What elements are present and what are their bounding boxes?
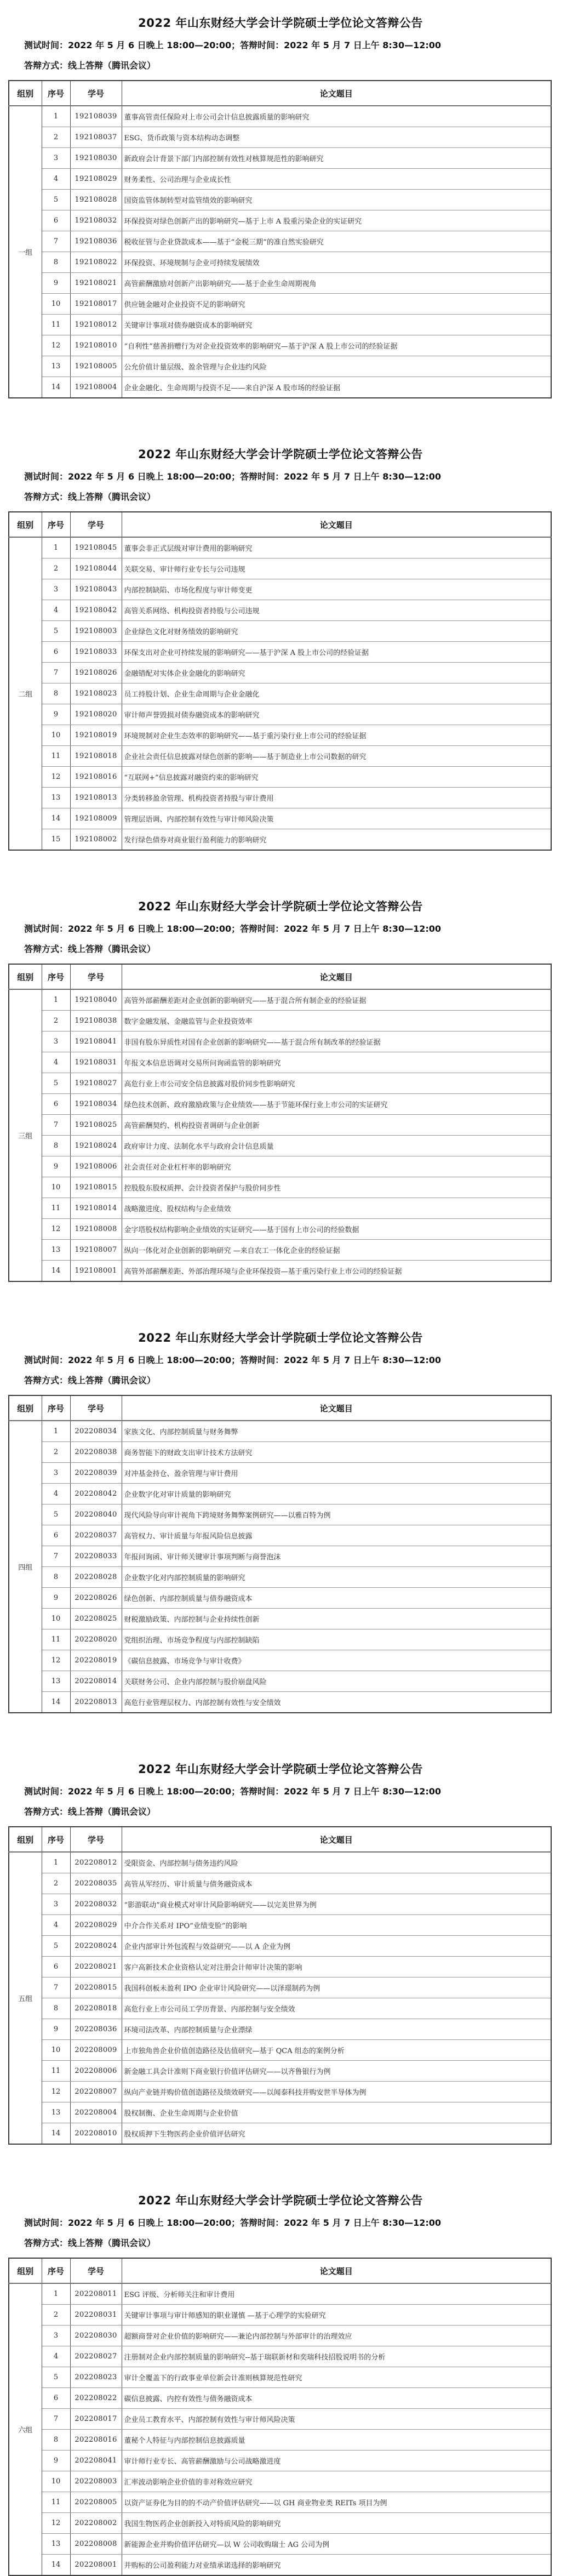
thesis-title-cell: 企业数字化对审计质量的影响研究 xyxy=(122,1484,551,1504)
row-number-cell: 9 xyxy=(42,2019,70,2040)
thesis-title-cell: 审计师声誉毁损对债券融资成本的影响研究 xyxy=(122,704,551,725)
table-row: 9202208041审计师行业专长、高管薪酬激励与公司战略激进度 xyxy=(9,2450,551,2471)
row-number-cell: 8 xyxy=(42,1998,70,2019)
student-id-cell: 202208036 xyxy=(70,2019,122,2040)
row-number-cell: 3 xyxy=(42,1031,70,1052)
student-id-cell: 192108018 xyxy=(70,746,122,767)
table-row: 11202208006新金融工具会计准则下商业银行价值评估研究——以齐鲁银行为例 xyxy=(9,2061,551,2082)
student-id-cell: 202208002 xyxy=(70,2513,122,2534)
student-id-cell: 202208022 xyxy=(70,2388,122,2409)
student-id-cell: 202208040 xyxy=(70,1504,122,1525)
thesis-title-cell: 员工持股计划、企业生命周期与企业金融化 xyxy=(122,683,551,704)
row-number-cell: 8 xyxy=(42,1136,70,1156)
row-number-cell: 11 xyxy=(42,2061,70,2082)
table-row: 3202208039对冲基金持仓、盈余管理与审计费用 xyxy=(9,1463,551,1484)
table-row: 11192108014战略激进度、股权结构与企业绩效 xyxy=(9,1198,551,1219)
row-number-cell: 8 xyxy=(42,1567,70,1588)
thesis-title-cell: 审计师行业专长、高管薪酬激励与公司战略激进度 xyxy=(122,2450,551,2471)
student-id-cell: 202208019 xyxy=(70,1650,122,1671)
table-row: 14192108009管理层语调、内部控制有效性与审计师风险决策 xyxy=(9,808,551,829)
thesis-title-cell: 发行绿色债券对商业银行盈利能力的影响研究 xyxy=(122,829,551,851)
thesis-title-cell: 高管薪酬激励对创新产出影响研究——基于企业生命周期视角 xyxy=(122,273,551,294)
row-number-cell: 4 xyxy=(42,2346,70,2367)
thesis-title-cell: 内部控制缺陷、市场化程度与审计师变更 xyxy=(122,579,551,600)
student-id-cell: 202208012 xyxy=(70,1852,122,1873)
student-id-cell: 202208035 xyxy=(70,1873,122,1894)
table-header: 组别序号学号论文题目 xyxy=(9,2258,551,2283)
thesis-title-cell: 关键审计事项对债券融资成本的影响研究 xyxy=(122,315,551,335)
thesis-title-cell: 高管关系网络、机构投资者持股与公司违规 xyxy=(122,600,551,621)
thesis-title-cell: 企业社会责任信息披露对绿色创新的影响——基于制造业上市公司数据的研究 xyxy=(122,746,551,767)
thesis-title-cell: 企业绿色文化对财务绩效的影响研究 xyxy=(122,621,551,642)
col-header-group: 组别 xyxy=(9,81,42,106)
thesis-title-cell: 董秘个人特征与内部控制信息披露质量 xyxy=(122,2430,551,2450)
student-id-cell: 202208006 xyxy=(70,2061,122,2082)
col-header-no: 序号 xyxy=(42,2258,70,2283)
row-number-cell: 8 xyxy=(42,683,70,704)
thesis-title-cell: 非国有股东异质性对国有企业创新的影响研究——基于混合所有制改革的经验证据 xyxy=(122,1031,551,1052)
defense-schedule-table: 组别序号学号论文题目五组1202208012受限资金、内部控制与债务违约风险22… xyxy=(8,1826,552,2145)
page-title: 2022 年山东财经大学会计学院硕士学位论文答辩公告 xyxy=(0,14,561,31)
student-id-cell: 192108001 xyxy=(70,1261,122,1282)
thesis-title-cell: 管理层语调、内部控制有效性与审计师风险决策 xyxy=(122,808,551,829)
col-header-group: 组别 xyxy=(9,1827,42,1852)
row-number-cell: 2 xyxy=(42,558,70,579)
student-id-cell: 192108023 xyxy=(70,683,122,704)
student-id-cell: 192108021 xyxy=(70,273,122,294)
table-row: 4202208042企业数字化对审计质量的影响研究 xyxy=(9,1484,551,1504)
student-id-cell: 192108036 xyxy=(70,231,122,252)
table-row: 7192108036税收征管与企业贷款成本——基于“金税三期”的准自然实验研究 xyxy=(9,231,551,252)
thesis-title-cell: “影游联动”商业模式对审计风险影响研究——以完美世界为例 xyxy=(122,1894,551,1915)
row-number-cell: 4 xyxy=(42,1915,70,1936)
row-number-cell: 2 xyxy=(42,127,70,148)
thesis-title-cell: 环保投资、环境规制与企业可持续发展绩效 xyxy=(122,252,551,273)
defense-schedule-table: 组别序号学号论文题目一组1192108039董事高管责任保险对上市公司会计信息披… xyxy=(8,80,552,398)
thesis-title-cell: 商务智能下的财政支出审计技术方法研究 xyxy=(122,1442,551,1463)
row-number-cell: 4 xyxy=(42,169,70,190)
table-row: 8202208016董秘个人特征与内部控制信息披露质量 xyxy=(9,2430,551,2450)
header-row: 组别序号学号论文题目 xyxy=(9,2258,551,2283)
student-id-cell: 202208039 xyxy=(70,1463,122,1484)
col-header-no: 序号 xyxy=(42,964,70,989)
row-number-cell: 7 xyxy=(42,1546,70,1567)
thesis-title-cell: 绿色创新、内部控制质量与债券融资成本 xyxy=(122,1588,551,1609)
table-row: 14192108001高管外部薪酬差距、外部治理环境与企业环保投资—基于重污染行… xyxy=(9,1261,551,1282)
row-number-cell: 8 xyxy=(42,252,70,273)
row-number-cell: 5 xyxy=(42,621,70,642)
thesis-title-cell: 董事会非正式层级对审计费用的影响研究 xyxy=(122,537,551,558)
thesis-title-cell: 控股股东股权质押、会计投资者保护与股价同步性 xyxy=(122,1177,551,1198)
group-cell: 二组 xyxy=(9,537,42,850)
col-header-no: 序号 xyxy=(42,512,70,537)
table-row: 11192108018企业社会责任信息披露对绿色创新的影响——基于制造业上市公司… xyxy=(9,746,551,767)
defense-schedule-table: 组别序号学号论文题目三组1192108040高管外部薪酬差距对企业创新的影响研究… xyxy=(8,964,552,1282)
test-time-line: 测试时间：2022 年 5 月 6 日晚上 18:00—20:00；答辩时间：2… xyxy=(24,922,561,934)
student-id-cell: 192108025 xyxy=(70,1115,122,1136)
table-row: 2192108038数字金融发展、金融监管与企业投资效率 xyxy=(9,1011,551,1031)
table-row: 4202208029中介合作关系对 IPO“业绩变脸”的影响 xyxy=(9,1915,551,1936)
row-number-cell: 4 xyxy=(42,600,70,621)
table-body: 三组1192108040高管外部薪酬差距对企业创新的影响研究——基于混合所有制企… xyxy=(9,989,551,1281)
col-header-student-id: 学号 xyxy=(70,1395,122,1421)
defense-method-line: 答辩方式：线上答辩（腾讯会议） xyxy=(24,1805,561,1817)
header-row: 组别序号学号论文题目 xyxy=(9,964,551,989)
table-row: 6202208021客户高新技术企业资格认定对注册会计师审计决策的影响 xyxy=(9,1957,551,1977)
table-row: 8202208018高危行业上市公司员工学历背景、内部控制与安全绩效 xyxy=(9,1998,551,2019)
col-header-thesis-title: 论文题目 xyxy=(122,2258,551,2283)
header-row: 组别序号学号论文题目 xyxy=(9,512,551,537)
announcement-section: 2022 年山东财经大学会计学院硕士学位论文答辩公告测试时间：2022 年 5 … xyxy=(0,851,561,1282)
row-number-cell: 13 xyxy=(42,1671,70,1692)
table-row: 3202208032“影游联动”商业模式对审计风险影响研究——以完美世界为例 xyxy=(9,1894,551,1915)
col-header-no: 序号 xyxy=(42,81,70,106)
student-id-cell: 202208015 xyxy=(70,1977,122,1998)
thesis-title-cell: 税收征管与企业贷款成本——基于“金税三期”的准自然实验研究 xyxy=(122,231,551,252)
header-row: 组别序号学号论文题目 xyxy=(9,1395,551,1421)
student-id-cell: 192108006 xyxy=(70,1156,122,1177)
row-number-cell: 9 xyxy=(42,2450,70,2471)
student-id-cell: 192108042 xyxy=(70,600,122,621)
student-id-cell: 192108002 xyxy=(70,829,122,851)
student-id-cell: 202208034 xyxy=(70,1421,122,1442)
row-number-cell: 2 xyxy=(42,1873,70,1894)
thesis-title-cell: 高危行业上市公司员工学历背景、内部控制与安全绩效 xyxy=(122,1998,551,2019)
thesis-title-cell: 财税激励政策、内部控制与企业持续性创新 xyxy=(122,1609,551,1629)
table-row: 4192108042高管关系网络、机构投资者持股与公司违规 xyxy=(9,600,551,621)
row-number-cell: 1 xyxy=(42,106,70,127)
table-row: 7192108025高管薪酬契约、机构投资者调研与企业创新 xyxy=(9,1115,551,1136)
row-number-cell: 3 xyxy=(42,2326,70,2346)
student-id-cell: 202208018 xyxy=(70,1998,122,2019)
table-row: 9192108006社会责任对企业杠杆率的影响研究 xyxy=(9,1156,551,1177)
student-id-cell: 202208013 xyxy=(70,1692,122,1713)
announcement-section: 2022 年山东财经大学会计学院硕士学位论文答辩公告测试时间：2022 年 5 … xyxy=(0,1282,561,1713)
table-row: 2202208038商务智能下的财政支出审计技术方法研究 xyxy=(9,1442,551,1463)
table-row: 5202208023审计全覆盖下的行政事业单位新会计准则核算规范性研究 xyxy=(9,2367,551,2388)
row-number-cell: 3 xyxy=(42,1894,70,1915)
table-row: 9202208026绿色创新、内部控制质量与债券融资成本 xyxy=(9,1588,551,1609)
table-row: 10202208009上市独角兽企业价值创造路径及估值研究—基于 QCA 组态的… xyxy=(9,2040,551,2061)
student-id-cell: 192108044 xyxy=(70,558,122,579)
row-number-cell: 10 xyxy=(42,725,70,746)
test-time-line: 测试时间：2022 年 5 月 6 日晚上 18:00—20:00；答辩时间：2… xyxy=(24,1785,561,1797)
announcement-section: 2022 年山东财经大学会计学院硕士学位论文答辩公告测试时间：2022 年 5 … xyxy=(0,1713,561,2145)
table-row: 11202208005以资产证券化为目的的不动产价值评估研究——以 GH 商业物… xyxy=(9,2492,551,2513)
table-row: 14192108004企业金融化、生命周期与投资不足——来自沪深 A 股市场的经… xyxy=(9,377,551,398)
table-row: 12202208002我国生物医药企业创新投入对特质风险的影响研究 xyxy=(9,2513,551,2534)
thesis-title-cell: 家族文化、内部控制质量与财务舞弊 xyxy=(122,1421,551,1442)
col-header-no: 序号 xyxy=(42,1395,70,1421)
student-id-cell: 192108029 xyxy=(70,169,122,190)
thesis-title-cell: 高管权力、审计质量与年报风险信息披露 xyxy=(122,1525,551,1546)
row-number-cell: 2 xyxy=(42,1442,70,1463)
student-id-cell: 202208037 xyxy=(70,1525,122,1546)
thesis-title-cell: 受限资金、内部控制与债务违约风险 xyxy=(122,1852,551,1873)
row-number-cell: 9 xyxy=(42,704,70,725)
thesis-title-cell: 审计全覆盖下的行政事业单位新会计准则核算规范性研究 xyxy=(122,2367,551,2388)
thesis-title-cell: 超额商誉对企业价值的影响研究——兼论内部控制与外部审计的治理效应 xyxy=(122,2326,551,2346)
row-number-cell: 1 xyxy=(42,989,70,1011)
student-id-cell: 202208021 xyxy=(70,1957,122,1977)
student-id-cell: 202208038 xyxy=(70,1442,122,1463)
student-id-cell: 192108024 xyxy=(70,1136,122,1156)
row-number-cell: 12 xyxy=(42,1219,70,1240)
page-title: 2022 年山东财经大学会计学院硕士学位论文答辩公告 xyxy=(0,1760,561,1777)
row-number-cell: 14 xyxy=(42,1692,70,1713)
row-number-cell: 5 xyxy=(42,190,70,210)
row-number-cell: 6 xyxy=(42,1094,70,1115)
col-header-student-id: 学号 xyxy=(70,512,122,537)
table-row: 一组1192108039董事高管责任保险对上市公司会计信息披露质量的影响研究 xyxy=(9,106,551,127)
defense-method-line: 答辩方式：线上答辩（腾讯会议） xyxy=(24,59,561,71)
table-header: 组别序号学号论文题目 xyxy=(9,1395,551,1421)
thesis-title-cell: 年报文本信息语调对交易所问询函监管的影响研究 xyxy=(122,1052,551,1073)
student-id-cell: 202208008 xyxy=(70,2534,122,2555)
student-id-cell: 192108040 xyxy=(70,989,122,1011)
table-row: 5192108027高危行业上市公司安全信息披露对股价同步性影响研究 xyxy=(9,1073,551,1094)
row-number-cell: 7 xyxy=(42,2409,70,2430)
thesis-title-cell: 股权质押下生物医药企业价值评估研究 xyxy=(122,2123,551,2145)
table-row: 8192108022环保投资、环境规制与企业可持续发展绩效 xyxy=(9,252,551,273)
row-number-cell: 1 xyxy=(42,537,70,558)
student-id-cell: 192108013 xyxy=(70,788,122,808)
thesis-title-cell: 高管薪酬契约、机构投资者调研与企业创新 xyxy=(122,1115,551,1136)
table-row: 7202208033年报问询函、审计师关键审计事项判断与商誉泡沫 xyxy=(9,1546,551,1567)
student-id-cell: 202208023 xyxy=(70,2367,122,2388)
thesis-title-cell: 环保投资对绿色创新产出的影响研究—基于上市 A 股重污染企业的实证研究 xyxy=(122,210,551,231)
row-number-cell: 11 xyxy=(42,1629,70,1650)
row-number-cell: 6 xyxy=(42,2388,70,2409)
student-id-cell: 192108010 xyxy=(70,335,122,356)
row-number-cell: 6 xyxy=(42,642,70,663)
thesis-title-cell: 绿色技术创新、政府激励政策与企业绩效——基于节能环保行业上市公司的实证研究 xyxy=(122,1094,551,1115)
defense-schedule-table: 组别序号学号论文题目六组1202208011ESG 评级、分析师关注和审计费用2… xyxy=(8,2258,552,2576)
group-cell: 三组 xyxy=(9,989,42,1281)
student-id-cell: 202208033 xyxy=(70,1546,122,1567)
table-header: 组别序号学号论文题目 xyxy=(9,964,551,989)
row-number-cell: 7 xyxy=(42,1977,70,1998)
table-body: 一组1192108039董事高管责任保险对上市公司会计信息披露质量的影响研究21… xyxy=(9,106,551,398)
table-row: 12202208019《碳信息披露、市场竞争与审计收费》 xyxy=(9,1650,551,1671)
table-row: 10192108015控股股东股权质押、会计投资者保护与股价同步性 xyxy=(9,1177,551,1198)
table-row: 7202208017企业员工教育水平、内部控制有效性与审计师风险决策 xyxy=(9,2409,551,2430)
test-time-line: 测试时间：2022 年 5 月 6 日晚上 18:00—20:00；答辩时间：2… xyxy=(24,470,561,482)
thesis-title-cell: 汇率波动影响企业价值的非对称效应研究 xyxy=(122,2471,551,2492)
table-row: 6192108032环保投资对绿色创新产出的影响研究—基于上市 A 股重污染企业… xyxy=(9,210,551,231)
table-row: 四组1202208034家族文化、内部控制质量与财务舞弊 xyxy=(9,1421,551,1442)
row-number-cell: 14 xyxy=(42,2123,70,2145)
thesis-title-cell: 上市独角兽企业价值创造路径及估值研究—基于 QCA 组态的案例分析 xyxy=(122,2040,551,2061)
thesis-title-cell: 我国生物医药企业创新投入对特质风险的影响研究 xyxy=(122,2513,551,2534)
col-header-thesis-title: 论文题目 xyxy=(122,1395,551,1421)
table-row: 2202208031关键审计事项与审计师感知的职业谨慎 —基于心理学的实验研究 xyxy=(9,2305,551,2326)
row-number-cell: 5 xyxy=(42,1504,70,1525)
student-id-cell: 192108004 xyxy=(70,377,122,398)
row-number-cell: 7 xyxy=(42,663,70,683)
row-number-cell: 3 xyxy=(42,148,70,169)
table-row: 7202208015我国科创板未盈利 IPO 企业审计风险研究——以泽璟制药为例 xyxy=(9,1977,551,1998)
table-row: 4202208027注册制对企业内部控制质量的影响研究--基于瑞联新材和奕瑞科技… xyxy=(9,2346,551,2367)
table-row: 5192108028国资监管体制转型对监管绩效的影响研究 xyxy=(9,190,551,210)
thesis-title-cell: 公允价值计量层级、盈余管理与企业违约风险 xyxy=(122,356,551,377)
table-body: 六组1202208011ESG 评级、分析师关注和审计费用2202208031关… xyxy=(9,2283,551,2575)
thesis-title-cell: 《碳信息披露、市场竞争与审计收费》 xyxy=(122,1650,551,1671)
thesis-title-cell: 国资监管体制转型对监管绩效的影响研究 xyxy=(122,190,551,210)
row-number-cell: 3 xyxy=(42,579,70,600)
student-id-cell: 192108014 xyxy=(70,1198,122,1219)
row-number-cell: 5 xyxy=(42,1936,70,1957)
thesis-title-cell: 中介合作关系对 IPO“业绩变脸”的影响 xyxy=(122,1915,551,1936)
student-id-cell: 202208004 xyxy=(70,2102,122,2123)
student-id-cell: 192108033 xyxy=(70,642,122,663)
row-number-cell: 6 xyxy=(42,1957,70,1977)
table-header: 组别序号学号论文题目 xyxy=(9,81,551,106)
table-row: 12192108008金字塔股权结构影响企业绩效的实证研究——基于国有上市公司的… xyxy=(9,1219,551,1240)
page-title: 2022 年山东财经大学会计学院硕士学位论文答辩公告 xyxy=(0,446,561,462)
row-number-cell: 10 xyxy=(42,1609,70,1629)
student-id-cell: 202208009 xyxy=(70,2040,122,2061)
thesis-title-cell: 高管外部薪酬差距对企业创新的影响研究——基于混合所有制企业的经验证据 xyxy=(122,989,551,1011)
table-row: 7192108026金融错配对实体企业金融化的影响研究 xyxy=(9,663,551,683)
thesis-title-cell: 金融错配对实体企业金融化的影响研究 xyxy=(122,663,551,683)
table-row: 4192108031年报文本信息语调对交易所问询函监管的影响研究 xyxy=(9,1052,551,1073)
col-header-thesis-title: 论文题目 xyxy=(122,1827,551,1852)
page-title: 2022 年山东财经大学会计学院硕士学位论文答辩公告 xyxy=(0,898,561,914)
col-header-no: 序号 xyxy=(42,1827,70,1852)
student-id-cell: 192108034 xyxy=(70,1094,122,1115)
student-id-cell: 192108028 xyxy=(70,190,122,210)
row-number-cell: 14 xyxy=(42,2555,70,2576)
table-row: 9202208036环境司法改革、内部控制质量与企业漂绿 xyxy=(9,2019,551,2040)
group-cell: 六组 xyxy=(9,2283,42,2575)
col-header-thesis-title: 论文题目 xyxy=(122,81,551,106)
table-row: 12192108010“自利性”慈善捐赠行为对企业投资效率的影响研究—基于沪深 … xyxy=(9,335,551,356)
group-cell: 一组 xyxy=(9,106,42,398)
thesis-title-cell: 股权制衡、企业生命周期与企业价值 xyxy=(122,2102,551,2123)
thesis-title-cell: 关联交易、审计师行业专长与公司违规 xyxy=(122,558,551,579)
thesis-title-cell: 对冲基金持仓、盈余管理与审计费用 xyxy=(122,1463,551,1484)
thesis-title-cell: 纵向一体化对企业创新的影响研究 —来自农工一体化企业的经验证据 xyxy=(122,1240,551,1261)
thesis-title-cell: 环境规制对企业生态效率的影响研究——基于重污染行业上市公司的经验证据 xyxy=(122,725,551,746)
student-id-cell: 192108003 xyxy=(70,621,122,642)
table-row: 5202208040现代风险导向审计视角下跨境财务舞弊案例研究——以雅百特为例 xyxy=(9,1504,551,1525)
thesis-title-cell: 高危行业上市公司安全信息披露对股价同步性影响研究 xyxy=(122,1073,551,1094)
page-title: 2022 年山东财经大学会计学院硕士学位论文答辩公告 xyxy=(0,1329,561,1346)
defense-schedule-table: 组别序号学号论文题目二组1192108045董事会非正式层级对审计费用的影响研究… xyxy=(8,511,552,851)
student-id-cell: 202208007 xyxy=(70,2082,122,2102)
table-row: 14202208001并购标的公司盈利能力对业绩承诺选择的影响研究 xyxy=(9,2555,551,2576)
row-number-cell: 4 xyxy=(42,1484,70,1504)
thesis-title-cell: 高管从军经历、审计质量与债务融资成本 xyxy=(122,1873,551,1894)
col-header-group: 组别 xyxy=(9,512,42,537)
test-time-line: 测试时间：2022 年 5 月 6 日晚上 18:00—20:00；答辩时间：2… xyxy=(24,38,561,51)
table-row: 11192108012关键审计事项对债券融资成本的影响研究 xyxy=(9,315,551,335)
thesis-title-cell: 供应链金融对企业投资不足的影响研究 xyxy=(122,294,551,315)
student-id-cell: 192108009 xyxy=(70,808,122,829)
thesis-title-cell: 年报问询函、审计师关键审计事项判断与商誉泡沫 xyxy=(122,1546,551,1567)
defense-method-line: 答辩方式：线上答辩（腾讯会议） xyxy=(24,1374,561,1386)
row-number-cell: 14 xyxy=(42,1261,70,1282)
header-row: 组别序号学号论文题目 xyxy=(9,81,551,106)
defense-method-line: 答辩方式：线上答辩（腾讯会议） xyxy=(24,942,561,955)
thesis-title-cell: 金字塔股权结构影响企业绩效的实证研究——基于国有上市公司的经验数据 xyxy=(122,1219,551,1240)
student-id-cell: 202208025 xyxy=(70,1609,122,1629)
row-number-cell: 7 xyxy=(42,1115,70,1136)
table-row: 2192108044关联交易、审计师行业专长与公司违规 xyxy=(9,558,551,579)
row-number-cell: 12 xyxy=(42,335,70,356)
table-row: 3202208030超额商誉对企业价值的影响研究——兼论内部控制与外部审计的治理… xyxy=(9,2326,551,2346)
table-row: 4192108029财务柔性、公司治理与企业成长性 xyxy=(9,169,551,190)
thesis-title-cell: 环境司法改革、内部控制质量与企业漂绿 xyxy=(122,2019,551,2040)
thesis-title-cell: 高管外部薪酬差距、外部治理环境与企业环保投资—基于重污染行业上市公司的经验证据 xyxy=(122,1261,551,1282)
row-number-cell: 13 xyxy=(42,2102,70,2123)
table-row: 10202208025财税激励政策、内部控制与企业持续性创新 xyxy=(9,1609,551,1629)
student-id-cell: 202208020 xyxy=(70,1629,122,1650)
row-number-cell: 13 xyxy=(42,356,70,377)
row-number-cell: 13 xyxy=(42,2534,70,2555)
table-row: 8202208028企业数字化对内部控制质量的影响研究 xyxy=(9,1567,551,1588)
student-id-cell: 192108038 xyxy=(70,1011,122,1031)
student-id-cell: 202208032 xyxy=(70,1894,122,1915)
row-number-cell: 11 xyxy=(42,746,70,767)
student-id-cell: 202208028 xyxy=(70,1567,122,1588)
thesis-title-cell: 并购标的公司盈利能力对业绩承诺选择的影响研究 xyxy=(122,2555,551,2576)
student-id-cell: 192108037 xyxy=(70,127,122,148)
thesis-title-cell: 环保支出对企业可持续发展的影响研究——基于沪深 A 股上市公司的经验证据 xyxy=(122,642,551,663)
table-row: 2192108037ESG、货币政策与资本结构动态调整 xyxy=(9,127,551,148)
student-id-cell: 192108031 xyxy=(70,1052,122,1073)
student-id-cell: 192108020 xyxy=(70,704,122,725)
student-id-cell: 192108030 xyxy=(70,148,122,169)
row-number-cell: 13 xyxy=(42,1240,70,1261)
row-number-cell: 10 xyxy=(42,1177,70,1198)
student-id-cell: 192108008 xyxy=(70,1219,122,1240)
student-id-cell: 202208031 xyxy=(70,2305,122,2326)
table-row: 10192108017供应链金融对企业投资不足的影响研究 xyxy=(9,294,551,315)
table-row: 8192108023员工持股计划、企业生命周期与企业金融化 xyxy=(9,683,551,704)
table-row: 13202208008新能源企业并购价值评估研究—以 W 公司收购瑞士 AG 公… xyxy=(9,2534,551,2555)
thesis-title-cell: 企业内部审计外包流程与效益研究——以 A 企业为例 xyxy=(122,1936,551,1957)
test-time-line: 测试时间：2022 年 5 月 6 日晚上 18:00—20:00；答辩时间：2… xyxy=(24,2216,561,2229)
table-row: 10192108019环境规制对企业生态效率的影响研究——基于重污染行业上市公司… xyxy=(9,725,551,746)
student-id-cell: 202208014 xyxy=(70,1671,122,1692)
row-number-cell: 12 xyxy=(42,1650,70,1671)
table-header: 组别序号学号论文题目 xyxy=(9,512,551,537)
student-id-cell: 202208016 xyxy=(70,2430,122,2450)
student-id-cell: 202208042 xyxy=(70,1484,122,1504)
student-id-cell: 192108017 xyxy=(70,294,122,315)
row-number-cell: 12 xyxy=(42,767,70,788)
table-row: 3192108041非国有股东异质性对国有企业创新的影响研究——基于混合所有制改… xyxy=(9,1031,551,1052)
table-body: 二组1192108045董事会非正式层级对审计费用的影响研究2192108044… xyxy=(9,537,551,850)
student-id-cell: 202208001 xyxy=(70,2555,122,2576)
row-number-cell: 8 xyxy=(42,2430,70,2450)
thesis-title-cell: “自利性”慈善捐赠行为对企业投资效率的影响研究—基于沪深 A 股上市公司的经验证… xyxy=(122,335,551,356)
student-id-cell: 202208005 xyxy=(70,2492,122,2513)
table-row: 二组1192108045董事会非正式层级对审计费用的影响研究 xyxy=(9,537,551,558)
row-number-cell: 14 xyxy=(42,377,70,398)
col-header-group: 组别 xyxy=(9,2258,42,2283)
header-row: 组别序号学号论文题目 xyxy=(9,1827,551,1852)
thesis-title-cell: 新金融工具会计准则下商业银行价值评估研究——以齐鲁银行为例 xyxy=(122,2061,551,2082)
col-header-thesis-title: 论文题目 xyxy=(122,964,551,989)
table-row: 五组1202208012受限资金、内部控制与债务违约风险 xyxy=(9,1852,551,1873)
col-header-group: 组别 xyxy=(9,964,42,989)
row-number-cell: 9 xyxy=(42,1156,70,1177)
table-row: 13192108007纵向一体化对企业创新的影响研究 —来自农工一体化企业的经验… xyxy=(9,1240,551,1261)
thesis-title-cell: 企业数字化对内部控制质量的影响研究 xyxy=(122,1567,551,1588)
